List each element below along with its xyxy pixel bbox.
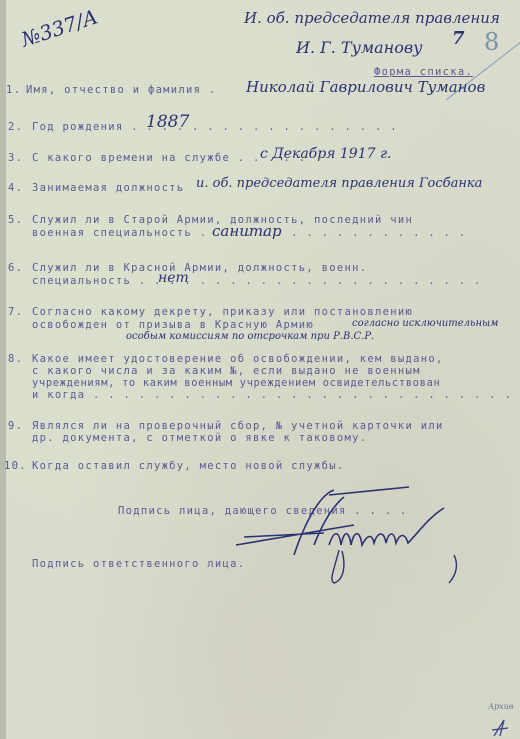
item-8-line-3: учреждениям, то каким военным учреждение… xyxy=(32,377,440,389)
item-8-line-4: и когда . . . . . . . . . . . . . . . . … xyxy=(32,389,520,401)
addressee-line-1: И. об. председателя правления xyxy=(244,9,500,27)
item-6-number: 6. xyxy=(8,262,23,274)
item-9-line-2: др. документа, с отметкой о явке к таков… xyxy=(32,432,367,444)
footer-archive-mark: Архив xyxy=(488,702,514,711)
document-page: №337/А И. об. председателя правления И. … xyxy=(6,0,520,739)
item-9-line-1: Являлся ли на проверочный сбор, № учетно… xyxy=(32,420,444,432)
item-4-answer: и. об. председателя правления Госбанка xyxy=(196,176,482,191)
registry-number: №337/А xyxy=(18,4,101,51)
item-3-number: 3. xyxy=(8,152,23,164)
item-1-number: 1. xyxy=(6,84,21,96)
item-7-answer: согласно исключительным особым комиссиям… xyxy=(126,317,516,343)
item-2-answer: 1887 xyxy=(146,112,189,132)
item-5-answer: санитар xyxy=(212,222,282,240)
item-6-line-1: Служил ли в Красной Армии, должность, во… xyxy=(32,262,367,274)
item-8-line-1: Какое имеет удостоверение об освобождени… xyxy=(32,353,444,365)
item-9-number: 9. xyxy=(8,420,23,432)
item-2-number: 2. xyxy=(8,121,23,133)
item-7-number: 7. xyxy=(8,306,23,318)
item-8-line-2: с какого числа и за каким №, если выдано… xyxy=(32,365,421,377)
item-1-answer: Николай Гаврилович Туманов xyxy=(246,78,485,96)
item-3-answer: с Декабря 1917 г. xyxy=(260,146,392,162)
item-6-answer: нет xyxy=(158,270,189,286)
form-title: Форма списка. xyxy=(374,66,473,78)
footer-initial-mark xyxy=(490,716,520,739)
addressee-line-2: И. Г. Туманову xyxy=(296,38,422,57)
item-10-number: 10. xyxy=(4,460,27,472)
item-5-number: 5. xyxy=(8,214,23,226)
item-1-label: Имя, отчество и фамилия . xyxy=(26,84,217,96)
item-4-label: Занимаемая должность xyxy=(32,182,184,194)
responsible-signature-label: Подпись ответственного лица. xyxy=(32,558,245,570)
item-10-label: Когда оставил службу, место новой службы… xyxy=(32,460,344,472)
item-6-line-2: специальность . . . . . . . . . . . . . … xyxy=(32,275,482,287)
item-8-number: 8. xyxy=(8,353,23,365)
item-4-number: 4. xyxy=(8,182,23,194)
item-2-label: Год рождения . . . . . . . . . . . . . .… xyxy=(32,121,398,133)
informant-signature xyxy=(234,485,484,585)
